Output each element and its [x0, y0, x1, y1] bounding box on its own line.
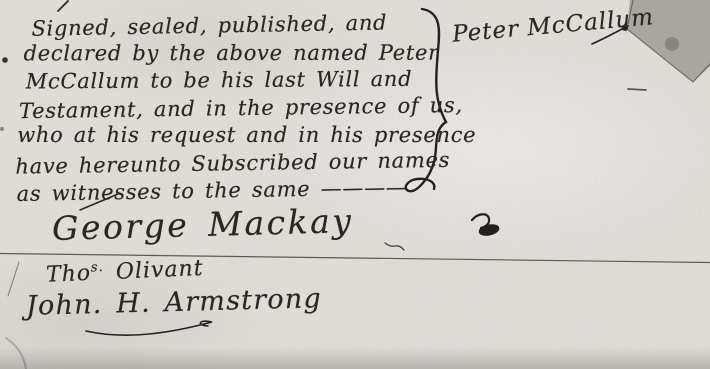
- witness-name-prefix: Tho: [46, 261, 92, 288]
- scanned-will-document: Signed, sealed, published, and declared …: [0, 0, 710, 369]
- witness-name-rest: Olivant: [103, 256, 204, 285]
- attestation-line: McCallum to be his last Will and: [14, 65, 476, 96]
- attestation-line: who at his request and in his presence: [14, 122, 476, 150]
- witness-signature-george-mackay: George Mackay: [52, 201, 354, 248]
- attestation-line: Signed, sealed, published, and: [13, 8, 476, 44]
- attestation-clause: Signed, sealed, published, and declared …: [13, 10, 476, 206]
- attestation-line: declared by the above named Peter: [14, 39, 476, 67]
- witness-name-superscript: s.: [91, 260, 104, 276]
- attestation-line: Testament, and in the presence of us,: [14, 91, 476, 125]
